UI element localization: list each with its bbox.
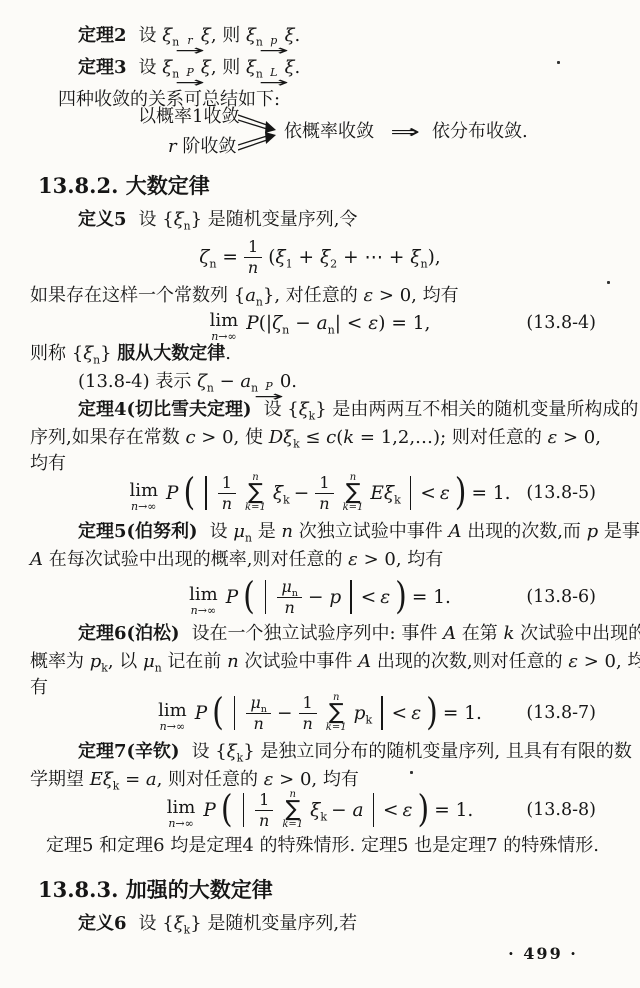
fraction-1-over-n: 1n bbox=[244, 237, 262, 276]
convergence-diagram: 以概率1收敛 r 阶收敛 依概率收敛 ⇒ 依分布收敛. bbox=[0, 104, 640, 164]
fraction-numerator: μn bbox=[277, 577, 302, 597]
probability-P: P bbox=[203, 800, 215, 821]
term-xi-k: ξk bbox=[273, 483, 290, 504]
lim-subscript: n→∞ bbox=[131, 501, 156, 512]
theorem-6-text-1: 设在一个独立试验序列中: 事件 A 在第 k 次试验中出现的 bbox=[192, 623, 640, 644]
theorem-6-line-2: 概率为 pk, 以 μn 记在前 n 次试验中事件 A 出现的次数,则对任意的 … bbox=[30, 650, 640, 674]
equation-13-8-6-tail: = 1. bbox=[412, 587, 451, 608]
fraction-numerator: 1 bbox=[218, 473, 236, 493]
equation-13-8-5-tail: = 1. bbox=[472, 483, 511, 504]
sigma-icon: ∑ bbox=[248, 483, 263, 504]
equation-13-8-7: limn→∞ P ( μnn − 1n n∑k=1 pk < ε ) = 1. … bbox=[30, 690, 610, 736]
theorem-2-pre: 设 ξn bbox=[139, 25, 180, 46]
fraction-denominator: n bbox=[281, 598, 299, 617]
equation-average: ζn = 1n (ξ1 + ξ2 + ⋯ + ξn), bbox=[30, 234, 610, 280]
equation-average-lhs: ζn = bbox=[199, 247, 238, 268]
fraction-numerator: μn bbox=[246, 693, 271, 713]
term-p-k: pk bbox=[354, 703, 373, 724]
less-than: < bbox=[420, 483, 436, 504]
theorem-4-line-1: 定理4(切比雪夫定理)设 {ξk} 是由两两互不相关的随机变量所构成的 bbox=[78, 398, 638, 422]
condition-paragraph-line: 如果存在这样一个常数列 {an}, 对任意的 ε > 0, 均有 bbox=[30, 284, 459, 308]
fraction-1-over-n: 1n bbox=[218, 473, 236, 512]
epsilon: ε bbox=[440, 483, 450, 504]
sum-lower: k=1 bbox=[245, 503, 266, 513]
theorem-5-line-1: 定理5(伯努利)设 μn 是 n 次独立试验中事件 A 出现的次数,而 p 是事… bbox=[78, 520, 640, 544]
fraction-denominator: n bbox=[255, 811, 273, 830]
definition-6-line: 定义6设 {ξk} 是随机变量序列,若 bbox=[78, 912, 357, 936]
theorem-6-text-2: 概率为 pk, 以 μn 记在前 n 次试验中事件 A 出现的次数,则对任意的 … bbox=[30, 651, 640, 672]
probability-P: P bbox=[166, 483, 178, 504]
term-E-xi-k: Eξk bbox=[370, 483, 400, 504]
equation-13-8-8-tag: (13.8-8) bbox=[526, 800, 596, 820]
lim-word: lim bbox=[129, 482, 158, 500]
theorem-6-label: 定理6(泊松) bbox=[78, 623, 180, 644]
fraction-denominator: n bbox=[315, 494, 333, 513]
diagram-label-r-order-convergence: r 阶收敛 bbox=[168, 136, 236, 158]
probability-P: P bbox=[195, 703, 207, 724]
condition-paragraph-text: 如果存在这样一个常数列 {an}, 对任意的 ε > 0, 均有 bbox=[30, 285, 459, 306]
minus-sign: − bbox=[277, 703, 293, 724]
fraction-denominator: n bbox=[244, 258, 262, 277]
definition-5-label: 定义5 bbox=[78, 209, 127, 230]
fraction-denominator: n bbox=[298, 714, 316, 733]
limit-operator: limn→∞ bbox=[167, 799, 196, 829]
limit-operator: limn→∞ bbox=[129, 482, 158, 512]
theorem-3-label: 定理3 bbox=[78, 57, 127, 78]
lim-subscript: n→∞ bbox=[211, 331, 236, 342]
equation-13-8-8: limn→∞ P ( 1n n∑k=1 ξk − a < ε ) = 1. (1… bbox=[30, 788, 610, 832]
fraction-1-over-n: 1n bbox=[315, 473, 333, 512]
fraction-numerator: 1 bbox=[255, 790, 273, 810]
theorem-4-label: 定理4(切比雪夫定理) bbox=[78, 399, 252, 420]
theorem-7-line-1: 定理7(辛钦)设 {ξk} 是独立同分布的随机变量序列, 且具有有限的数 bbox=[78, 740, 632, 764]
scan-speck bbox=[607, 281, 610, 284]
theorem-3-mid: ξ, 则 ξn bbox=[201, 57, 263, 78]
converging-arrows-icon bbox=[238, 110, 280, 156]
abs-bar bbox=[410, 476, 412, 510]
theorem-2-line: 定理2设 ξnr→ξ, 则 ξnp→ξ. bbox=[78, 24, 300, 56]
fraction-numerator: 1 bbox=[299, 693, 317, 713]
theorem-6-line-1: 定理6(泊松)设在一个独立试验序列中: 事件 A 在第 k 次试验中出现的 bbox=[78, 622, 640, 646]
epsilon: ε bbox=[411, 703, 421, 724]
diagram-label-dist-convergence: 依分布收敛. bbox=[432, 121, 528, 143]
lim-word: lim bbox=[158, 702, 187, 720]
lim-word: lim bbox=[210, 312, 239, 330]
expression-note-pre: (13.8-4) 表示 ζn − an bbox=[78, 371, 258, 392]
scan-speck bbox=[557, 61, 560, 64]
special-cases-line: 定理5 和定理6 均是定理4 的特殊情形. 定理5 也是定理7 的特殊情形. bbox=[46, 834, 599, 858]
convergence-arrow-p: p→ bbox=[268, 35, 280, 56]
definition-6-text: 设 {ξk} 是随机变量序列,若 bbox=[139, 913, 358, 934]
summation: n∑k=1 bbox=[343, 473, 364, 514]
probability-P: P bbox=[226, 587, 238, 608]
limit-operator: limn→∞ bbox=[210, 312, 239, 342]
section-13-8-2-title: 13.8.2. 大数定律 bbox=[38, 170, 210, 200]
fraction-mu-over-n: μnn bbox=[277, 577, 302, 616]
epsilon: ε bbox=[403, 800, 413, 821]
section-13-8-3-title: 13.8.3. 加强的大数定律 bbox=[38, 874, 273, 904]
abs-bar bbox=[265, 580, 267, 614]
equation-13-8-6-tag: (13.8-6) bbox=[526, 587, 596, 607]
theorem-3-line: 定理3设 ξnP→ξ, 则 ξnL→ξ. bbox=[78, 56, 300, 88]
theorem-7-label: 定理7(辛钦) bbox=[78, 741, 180, 762]
limit-operator: limn→∞ bbox=[189, 586, 218, 616]
diagram-label-prob-convergence: 依概率收敛 bbox=[284, 121, 374, 143]
abs-bar bbox=[350, 580, 352, 614]
lim-subscript: n→∞ bbox=[191, 605, 216, 616]
abs-bar bbox=[243, 793, 245, 827]
theorem-2-label: 定理2 bbox=[78, 25, 127, 46]
epsilon: ε bbox=[380, 587, 390, 608]
scan-speck bbox=[410, 771, 413, 774]
definition-5-text: 设 {ξn} 是随机变量序列,令 bbox=[139, 209, 358, 230]
equation-13-8-4-tag: (13.8-4) bbox=[526, 313, 596, 333]
summation: n∑k=1 bbox=[245, 473, 266, 514]
right-arrow-icon: → bbox=[258, 78, 289, 88]
term-minus-a: − a bbox=[331, 800, 363, 821]
limit-operator: limn→∞ bbox=[158, 702, 187, 732]
theorem-5-label: 定理5(伯努利) bbox=[78, 521, 198, 542]
less-than: < bbox=[361, 587, 377, 608]
lim-word: lim bbox=[167, 799, 196, 817]
sum-lower: k=1 bbox=[343, 503, 364, 513]
page-number: · 499 · bbox=[498, 944, 588, 963]
right-arrow-icon: → bbox=[258, 46, 289, 56]
theorem-3-pre: 设 ξn bbox=[139, 57, 180, 78]
theorem-4-text-2: 序列,如果存在常数 c > 0, 使 Dξk ≤ c(k = 1,2,…); 则… bbox=[30, 427, 601, 448]
equation-13-8-7-tag: (13.8-7) bbox=[526, 703, 596, 723]
diagram-label-prob1-convergence: 以概率1收敛 bbox=[138, 106, 239, 128]
equation-13-8-8-tail: = 1. bbox=[434, 800, 473, 821]
fraction-1-over-n: 1n bbox=[255, 790, 273, 829]
equation-13-8-5-tag: (13.8-5) bbox=[526, 483, 596, 503]
term-xi-k: ξk bbox=[310, 800, 327, 821]
term-minus-p: − p bbox=[308, 587, 341, 608]
right-arrow-icon: → bbox=[175, 78, 206, 88]
arrowhead-bottom bbox=[265, 132, 276, 144]
convergence-arrow-L: L→ bbox=[268, 67, 280, 88]
theorem-4-line-2: 序列,如果存在常数 c > 0, 使 Dξk ≤ c(k = 1,2,…); 则… bbox=[30, 426, 601, 450]
equation-13-8-4: limn→∞ P(|ζn − an| < ε) = 1, (13.8-4) bbox=[30, 306, 610, 340]
equation-13-8-7-tail: = 1. bbox=[443, 703, 482, 724]
fraction-numerator: 1 bbox=[244, 237, 262, 257]
theorem-7-text-2: 学期望 Eξk = a, 则对任意的 ε > 0, 均有 bbox=[30, 769, 359, 790]
equation-13-8-5: limn→∞ P ( 1n n∑k=1 ξk − 1n n∑k=1 Eξk < … bbox=[30, 470, 610, 516]
implies-arrow-icon: ⇒ bbox=[390, 121, 420, 143]
definition-6-label: 定义6 bbox=[78, 913, 127, 934]
fraction-1-over-n: 1n bbox=[298, 693, 316, 732]
minus-sign: − bbox=[294, 483, 310, 504]
fraction-mu-over-n: μnn bbox=[246, 693, 271, 732]
arrowhead-top bbox=[265, 121, 276, 133]
less-than: < bbox=[383, 800, 399, 821]
equation-average-rhs: (ξ1 + ξ2 + ⋯ + ξn), bbox=[268, 247, 441, 268]
sum-lower: k=1 bbox=[326, 723, 347, 733]
lim-subscript: n→∞ bbox=[168, 818, 193, 829]
equation-13-8-6: limn→∞ P ( μnn − p < ε ) = 1. (13.8-6) bbox=[30, 574, 610, 620]
sigma-icon: ∑ bbox=[346, 483, 361, 504]
sigma-icon: ∑ bbox=[329, 703, 344, 724]
theorem-5-line-2: A 在每次试验中出现的概率,则对任意的 ε > 0, 均有 bbox=[30, 548, 443, 572]
sigma-icon: ∑ bbox=[285, 800, 300, 821]
abs-bar bbox=[234, 696, 236, 730]
fraction-denominator: n bbox=[218, 494, 236, 513]
abs-bar bbox=[373, 793, 375, 827]
convergence-arrow-r: r→ bbox=[184, 35, 196, 56]
equation-13-8-4-body: P(|ζn − an| < ε) = 1, bbox=[246, 313, 430, 334]
conclusion-line: 则称 {ξn} 服从大数定律. bbox=[30, 342, 231, 366]
fraction-numerator: 1 bbox=[315, 473, 333, 493]
definition-5-line: 定义5设 {ξn} 是随机变量序列,令 bbox=[78, 208, 358, 232]
lim-word: lim bbox=[189, 586, 218, 604]
less-than: < bbox=[392, 703, 408, 724]
summation: n∑k=1 bbox=[326, 693, 347, 734]
conclusion-text: 则称 {ξn} 服从大数定律. bbox=[30, 343, 231, 364]
theorem-2-mid: ξ, 则 ξn bbox=[201, 25, 263, 46]
lim-subscript: n→∞ bbox=[160, 721, 185, 732]
right-arrow-icon: → bbox=[175, 46, 206, 56]
theorem-5-text-1: 设 μn 是 n 次独立试验中事件 A 出现的次数,而 p 是事件 bbox=[210, 521, 640, 542]
theorem-4-text-1: 设 {ξk} 是由两两互不相关的随机变量所构成的 bbox=[264, 399, 639, 420]
fraction-denominator: n bbox=[250, 714, 268, 733]
sum-lower: k=1 bbox=[282, 820, 303, 830]
convergence-arrow-P: P→ bbox=[184, 67, 196, 88]
abs-bar bbox=[381, 696, 383, 730]
textbook-page: 定理2设 ξnr→ξ, 则 ξnp→ξ. 定理3设 ξnP→ξ, 则 ξnL→ξ… bbox=[0, 0, 640, 988]
summation: n∑k=1 bbox=[282, 790, 303, 831]
theorem-7-text-1: 设 {ξk} 是独立同分布的随机变量序列, 且具有有限的数 bbox=[192, 741, 632, 762]
abs-bar bbox=[205, 476, 207, 510]
theorem-5-text-2: A 在每次试验中出现的概率,则对任意的 ε > 0, 均有 bbox=[30, 549, 443, 570]
special-cases-text: 定理5 和定理6 均是定理4 的特殊情形. 定理5 也是定理7 的特殊情形. bbox=[46, 835, 599, 856]
